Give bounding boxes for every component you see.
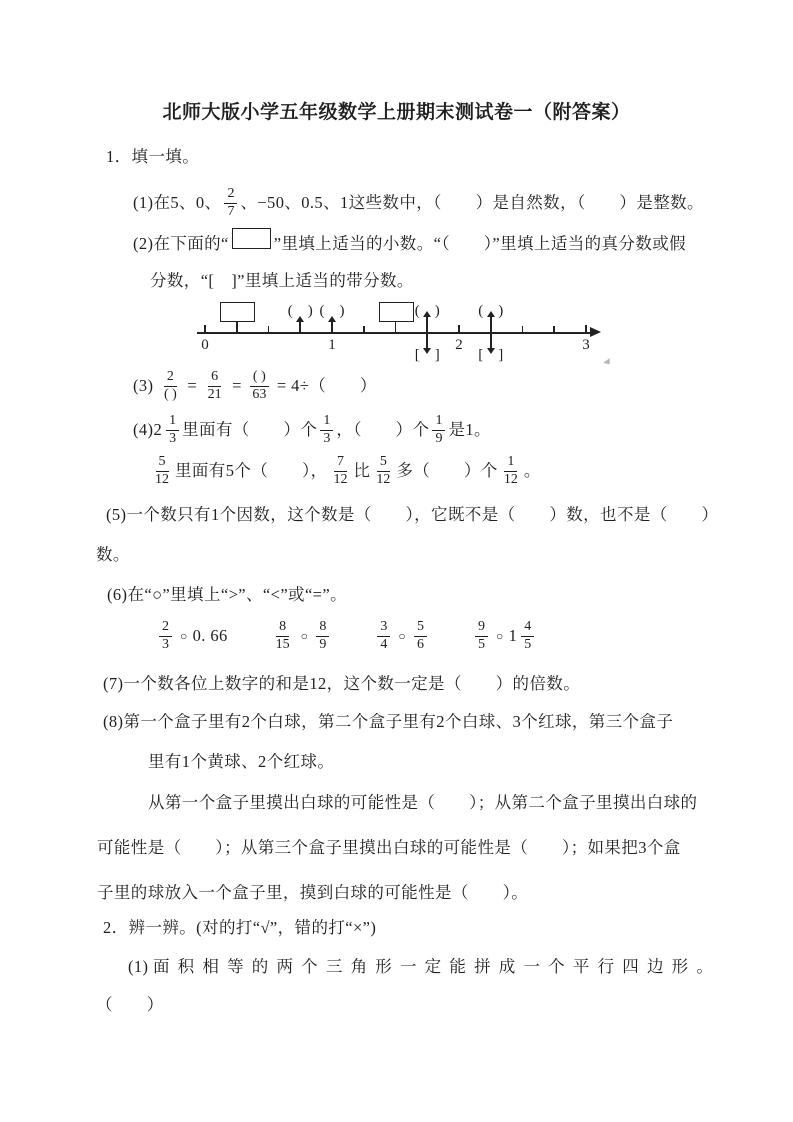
whole-number: 1 [509, 625, 518, 647]
text-run: 子里的球放入一个盒子里，摸到白球的可能性是（ ）。 [97, 883, 528, 902]
numerator: 1 [320, 413, 333, 430]
numerator: ( ) [250, 369, 269, 386]
numerator: 9 [475, 619, 488, 636]
numerator: 8 [276, 619, 289, 636]
text-run: 可能性是（ ）；从第三个盒子里摸出白球的可能性是（ ）；如果把3个盒 [97, 838, 681, 857]
fraction: 23 [159, 619, 172, 652]
axis-tick [204, 325, 206, 334]
text-run: 是1。 [448, 419, 490, 441]
denominator: ( ) [161, 387, 180, 403]
denominator: 4 [377, 637, 390, 653]
fraction: ( )63 [249, 369, 269, 402]
denominator: 12 [331, 472, 351, 488]
answer-box [220, 302, 255, 322]
fraction: 13 [166, 413, 179, 446]
text-run: 多（ ）个 [396, 460, 497, 482]
q1-item5-line2: 数。 [96, 544, 130, 566]
denominator: 5 [521, 637, 534, 653]
text-run: (2)在下面的“ [133, 233, 229, 255]
text-run: 、−50、0.5、1这些数中，（ ）是自然数，（ ）是整数。 [240, 192, 703, 214]
text-run: = [183, 375, 202, 397]
text-run: (4) [133, 419, 153, 441]
fraction: 512 [152, 454, 172, 487]
comparison-circle: ○ [180, 625, 188, 647]
q1-heading: 1．填一填。 [106, 146, 199, 168]
numerator: 5 [414, 619, 427, 636]
denominator: 3 [166, 431, 179, 447]
q2-item1-line1: (1) 面积相等的两个三角形一定能拼成一个平行四边形。 [128, 956, 721, 978]
text-run: (6)在“○”里填上“>”、“<”或“=”。 [107, 585, 347, 604]
text-run: 里有1个黄球、2个红球。 [148, 752, 334, 771]
fraction: 2( ) [161, 369, 180, 402]
q1-item6-intro: (6)在“○”里填上“>”、“<”或“=”。 [107, 584, 347, 606]
q1-item4-line2: 512里面有5个（ ），712比512多（ ）个112。 [149, 447, 541, 495]
up-arrow-stem [331, 321, 333, 333]
fraction: 95 [475, 619, 488, 652]
text-run: = [228, 375, 247, 397]
denominator: 12 [501, 472, 521, 488]
numerator: 1 [504, 454, 517, 471]
fraction: 512 [373, 454, 393, 487]
page-title: 北师大版小学五年级数学上册期末测试卷一（附答案） [0, 97, 793, 124]
worksheet-page: 北师大版小学五年级数学上册期末测试卷一（附答案） 1．填一填。 (1)在5、0、… [0, 0, 793, 1122]
fraction: 34 [377, 619, 390, 652]
q2-item1-line2: （ ） [96, 994, 164, 1016]
numerator: 5 [377, 454, 390, 471]
fraction: 89 [316, 619, 329, 652]
numerator: 6 [208, 369, 221, 386]
text-run: (8)第一个盒子里有2个白球，第二个盒子里有2个白球、3个红球，第三个盒子 [103, 712, 673, 731]
text-run: 0. 66 [193, 625, 228, 647]
numerator: 5 [156, 454, 169, 471]
numerator: 1 [166, 413, 179, 430]
text-run: （ ） [96, 995, 164, 1014]
comparison-circle: ○ [496, 625, 504, 647]
bracket-blank-label: [ ] [471, 346, 511, 364]
denominator: 5 [475, 637, 488, 653]
q1-item1-line: (1)在5、0、27、−50、0.5、1这些数中，（ ）是自然数，（ ）是整数。 [133, 180, 704, 226]
numerator: 2 [164, 369, 177, 386]
text-run: 分数，“[ ]”里填上适当的带分数。 [150, 271, 414, 290]
axis-tick [585, 325, 587, 334]
denominator: 3 [159, 637, 172, 653]
numerator: 4 [521, 619, 534, 636]
fraction: 13 [320, 413, 333, 446]
whole-number: 2 [153, 419, 162, 441]
axis-label: 2 [449, 336, 469, 354]
text-run: 数。 [96, 545, 130, 564]
minor-tick [268, 326, 270, 333]
denominator: 3 [320, 431, 333, 447]
text-run: ，（ ）个 [336, 419, 429, 441]
minor-tick [522, 326, 524, 333]
comparison-circle: ○ [301, 625, 309, 647]
numerator: 3 [377, 619, 390, 636]
numerator: 1 [432, 413, 445, 430]
fraction: 712 [331, 454, 351, 487]
text-run: (1)在5、0、 [133, 192, 221, 214]
q1-item8-line2: 里有1个黄球、2个红球。 [148, 751, 334, 773]
text-run: 比 [354, 460, 371, 482]
mixed-number: 145 [509, 619, 538, 652]
numerator: 7 [334, 454, 347, 471]
paren-blank-label: ( ) [471, 302, 511, 320]
text-run: 面积相等的两个三角形一定能拼成一个平行四边形。 [153, 957, 721, 976]
q1-item8-para-line3: 子里的球放入一个盒子里，摸到白球的可能性是（ ）。 [97, 882, 528, 904]
text-run: (3) [133, 375, 158, 397]
denominator: 9 [316, 637, 329, 653]
text-run: ”里填上适当的小数。“（ ）”里填上适当的真分数或假 [274, 233, 686, 255]
text-run: 从第一个盒子里摸出白球的可能性是（ ）；从第二个盒子里摸出白球的 [148, 793, 697, 812]
q1-item5-line1: (5)一个数只有1个因数，这个数是（ ），它既不是（ ）数，也不是（ ） [106, 504, 718, 526]
minor-tick [363, 326, 365, 333]
fraction: 27 [224, 186, 237, 219]
text-run: = 4÷（ ） [272, 375, 376, 397]
q1-item6-comparisons: 23○0. 66815○8934○5695○145 [156, 611, 537, 661]
denominator: 7 [224, 204, 237, 220]
axis-label: 3 [576, 336, 596, 354]
mixed-number: 213 [153, 413, 182, 446]
axis-tick [458, 325, 460, 334]
q1-item8-line1: (8)第一个盒子里有2个白球，第二个盒子里有2个白球、3个红球，第三个盒子 [103, 711, 673, 733]
text-run: 里面有（ ）个 [182, 419, 317, 441]
axis-label: 1 [322, 336, 342, 354]
blank-box [232, 228, 271, 249]
denominator: 15 [273, 637, 293, 653]
text-run: (1) [128, 957, 153, 976]
double-arrow-stem [490, 317, 492, 348]
up-arrow-stem [395, 321, 397, 333]
q1-item8-para-line1: 从第一个盒子里摸出白球的可能性是（ ）；从第二个盒子里摸出白球的 [148, 792, 697, 814]
text-run: 里面有5个（ ）， [175, 460, 328, 482]
double-arrow-stem [426, 317, 428, 348]
fraction: 45 [521, 619, 534, 652]
scan-artifact [603, 358, 612, 367]
minor-tick [553, 326, 555, 333]
q1-item7-line: (7)一个数各位上数字的和是12，这个数一定是（ ）的倍数。 [103, 673, 580, 695]
comparison-circle: ○ [398, 625, 406, 647]
numerator: 8 [316, 619, 329, 636]
up-arrow-stem [299, 321, 301, 333]
q1-item2-line2: 分数，“[ ]”里填上适当的带分数。 [150, 270, 414, 292]
fraction: 621 [205, 369, 225, 402]
fraction: 815 [273, 619, 293, 652]
q2-heading: 2．辨一辨。(对的打“√”，错的打“×”) [103, 917, 376, 939]
q1-item3-line: (3) 2( ) = 621 = ( )63 = 4÷（ ） [133, 363, 377, 409]
fraction: 56 [414, 619, 427, 652]
denominator: 12 [373, 472, 393, 488]
denominator: 63 [249, 387, 269, 403]
up-arrow-stem [236, 321, 238, 333]
q1-item2-line1: (2)在下面的“”里填上适当的小数。“（ ）”里填上适当的真分数或假 [133, 227, 686, 261]
denominator: 6 [414, 637, 427, 653]
denominator: 21 [205, 387, 225, 403]
text-run: 。 [524, 460, 541, 482]
q1-item8-para-line2: 可能性是（ ）；从第三个盒子里摸出白球的可能性是（ ）；如果把3个盒 [97, 837, 681, 859]
axis-label: 0 [195, 336, 215, 354]
bracket-blank-label: [ ] [407, 346, 447, 364]
fraction: 19 [432, 413, 445, 446]
numerator: 2 [224, 186, 237, 203]
fraction: 112 [501, 454, 521, 487]
text-run: (7)一个数各位上数字的和是12，这个数一定是（ ）的倍数。 [103, 674, 580, 693]
denominator: 12 [152, 472, 172, 488]
denominator: 9 [432, 431, 445, 447]
text-run: (5)一个数只有1个因数，这个数是（ ），它既不是（ ）数，也不是（ ） [106, 505, 718, 524]
numerator: 2 [159, 619, 172, 636]
paren-blank-label: ( ) [407, 302, 447, 320]
paren-blank-label: ( ) [312, 302, 352, 320]
